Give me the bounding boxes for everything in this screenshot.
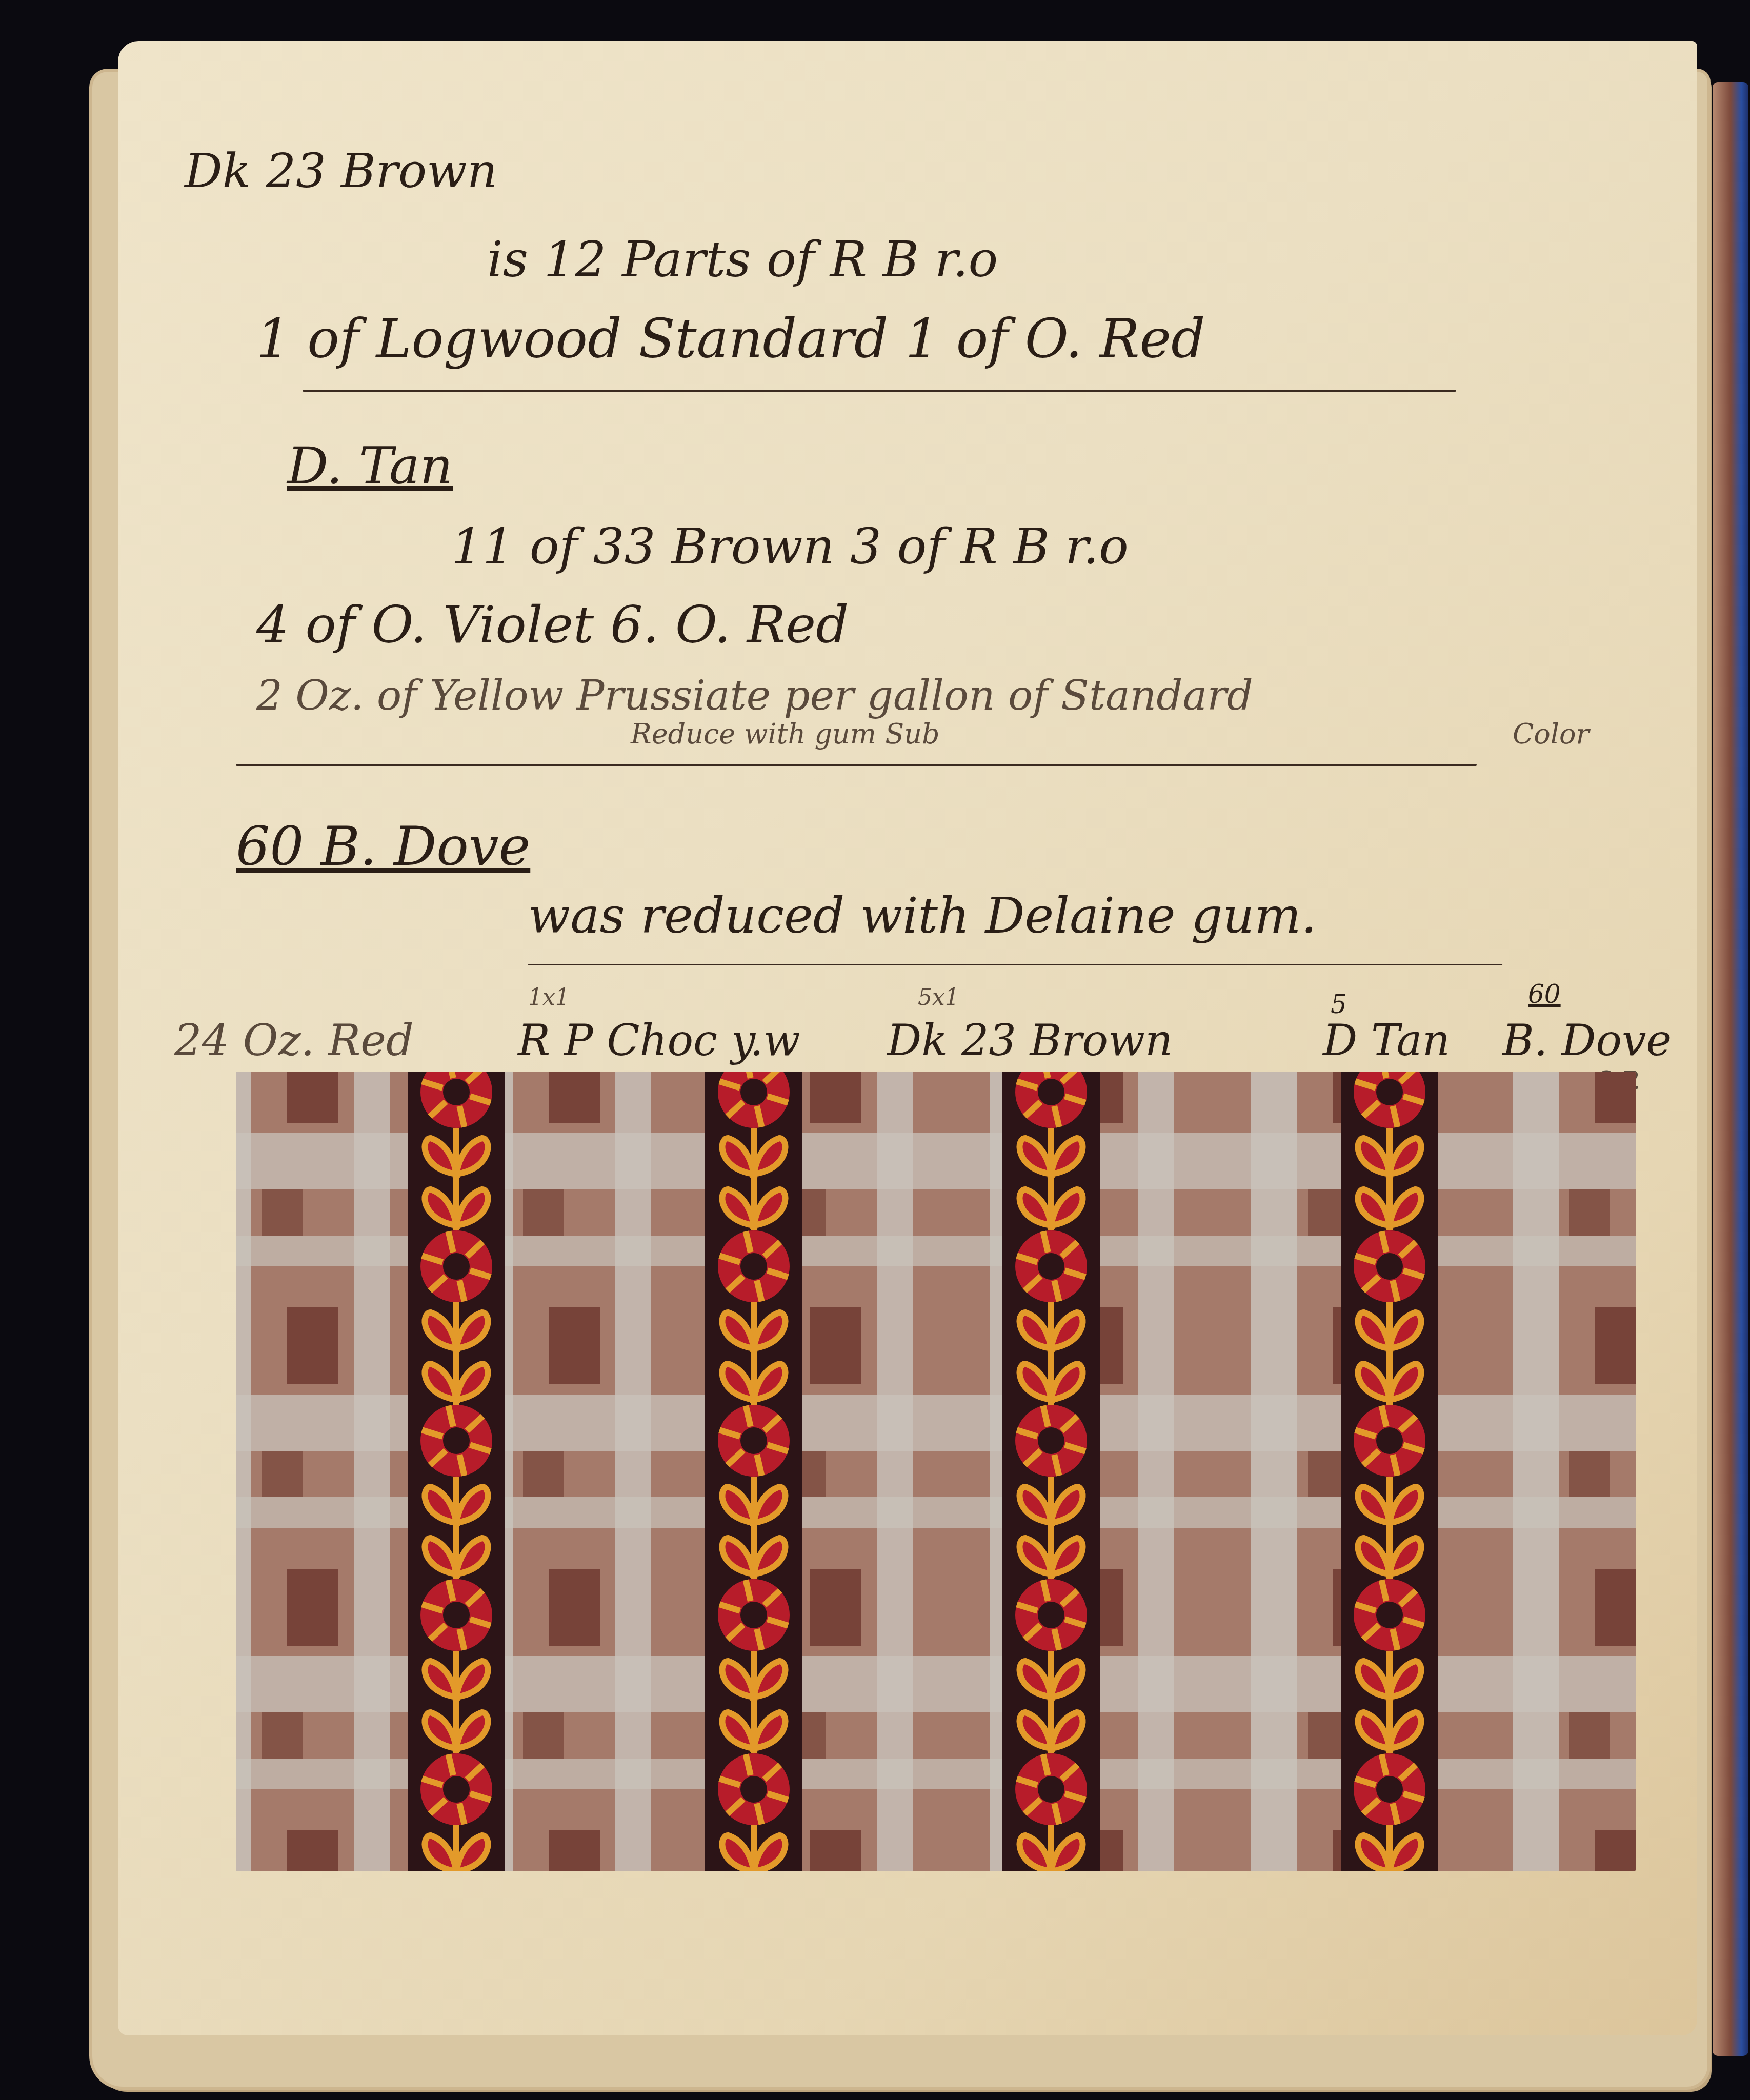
swatch-label-sup: 60 xyxy=(1528,979,1561,1009)
entry-line: 2 Oz. of Yellow Prussiate per gallon of … xyxy=(256,672,1253,719)
book-spine xyxy=(1713,82,1748,2056)
entry-note: Reduce with gum Sub xyxy=(631,718,940,750)
entry-heading: D. Tan xyxy=(287,436,453,496)
swatch-label-sup: 5x1 xyxy=(918,984,959,1011)
entry-heading: Dk 23 Brown xyxy=(185,144,497,198)
divider xyxy=(528,964,1502,965)
swatch-label: 24 Oz. Red xyxy=(174,1015,414,1065)
book-page: Dk 23 Brown is 12 Parts of R B r.o 1 of … xyxy=(118,41,1697,2035)
entry-line: is 12 Parts of R B r.o xyxy=(487,231,998,288)
swatch-label-sup: 1x1 xyxy=(528,984,570,1011)
entry-line: 11 of 33 Brown 3 of R B r.o xyxy=(451,518,1129,575)
fabric-swatch xyxy=(236,1072,1636,1871)
divider xyxy=(303,390,1456,392)
margin-note: Color xyxy=(1513,718,1589,750)
entry-heading: 60 B. Dove xyxy=(236,815,530,878)
plaid-floral-pattern xyxy=(236,1072,1636,1871)
swatch-label: D Tan xyxy=(1323,1015,1450,1065)
entry-line: 1 of Logwood Standard 1 of O. Red xyxy=(256,308,1205,370)
swatch-label: Dk 23 Brown xyxy=(887,1015,1173,1065)
entry-line: was reduced with Delaine gum. xyxy=(528,887,1317,944)
swatch-label: B. Dove xyxy=(1502,1015,1672,1065)
divider xyxy=(236,764,1477,766)
recipe-book: Dk 23 Brown is 12 Parts of R B r.o 1 of … xyxy=(87,41,1728,2092)
entry-line: 4 of O. Violet 6. O. Red xyxy=(256,595,849,655)
swatch-label: R P Choc y.w xyxy=(518,1015,800,1065)
